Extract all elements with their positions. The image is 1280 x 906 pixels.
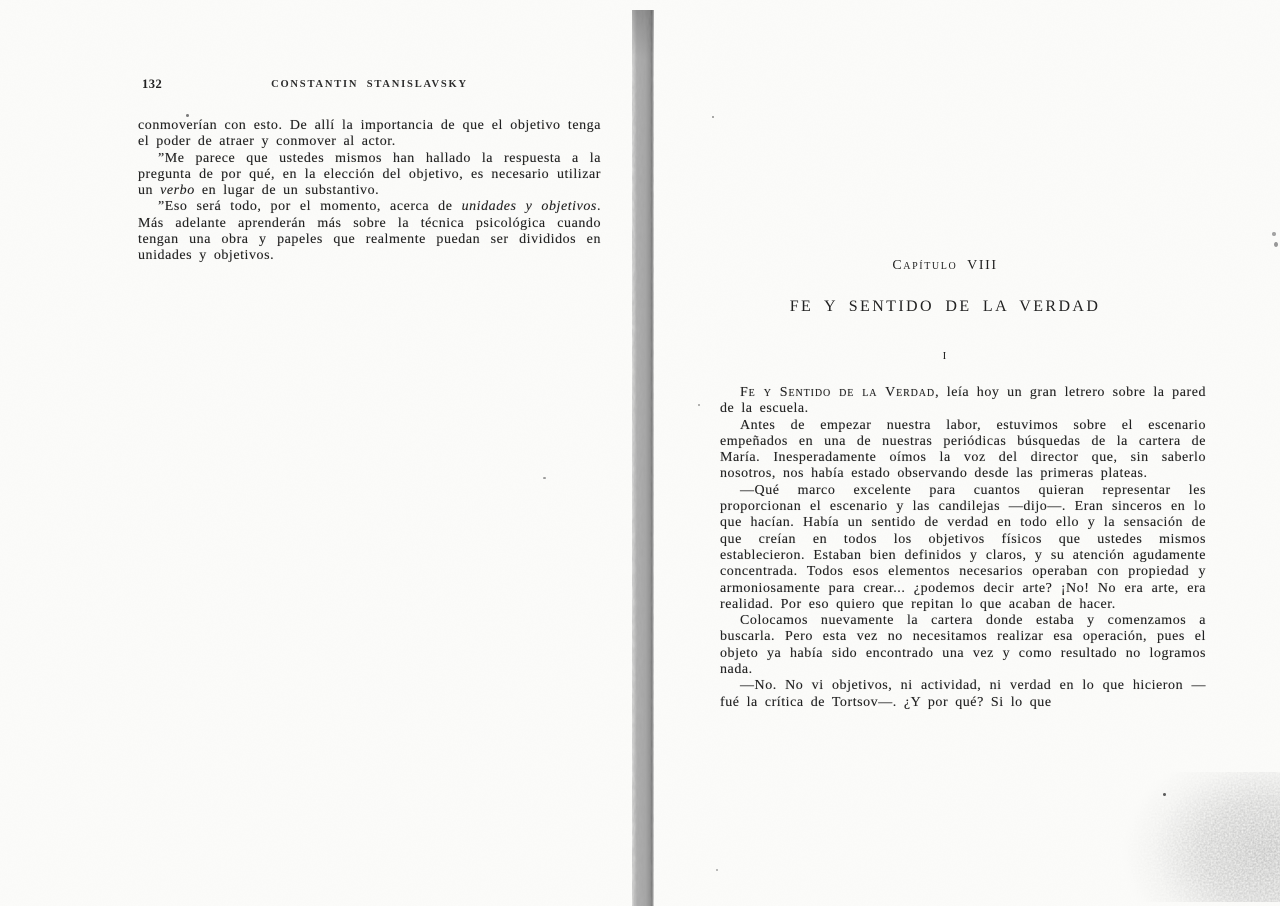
scan-speck	[1163, 793, 1166, 796]
paragraph: —Qué marco excelente para cuantos quiera…	[720, 483, 1206, 613]
body-text: en lugar de un substantivo.	[195, 183, 379, 198]
scan-speck	[1274, 242, 1278, 247]
book-scan: 132 CONSTANTIN STANISLAVSKY conmoverían …	[0, 0, 1280, 906]
paragraph: conmoverían con esto. De allí la importa…	[138, 118, 601, 151]
body-text: conmoverían con esto. De allí la importa…	[138, 118, 601, 149]
italic-text: verbo	[160, 183, 195, 198]
body-text: Colocamos nuevamente la cartera donde es…	[720, 613, 1206, 677]
body-text: ”Eso será todo, por el momento, acerca d…	[158, 199, 462, 214]
left-page-header: 132 CONSTANTIN STANISLAVSKY	[138, 76, 601, 92]
italic-text: unidades y objetivos	[462, 199, 597, 214]
paragraph: ”Me parece que ustedes mismos han hallad…	[138, 151, 601, 200]
left-page-body: conmoverían con esto. De allí la importa…	[138, 118, 601, 265]
section-numeral: I	[702, 351, 1188, 362]
scan-noise-corner	[1110, 772, 1280, 902]
right-page: Capítulo VIII FE Y SENTIDO DE LA VERDAD …	[720, 258, 1206, 711]
paragraph: Fe y Sentido de la Verdad, leía hoy un g…	[720, 385, 1206, 418]
scan-speck	[543, 477, 546, 479]
scan-speck	[1272, 232, 1276, 236]
paragraph: —No. No vi objetivos, ni actividad, ni v…	[720, 678, 1206, 711]
paragraph: ”Eso será todo, por el momento, acerca d…	[138, 199, 601, 264]
left-page: 132 CONSTANTIN STANISLAVSKY conmoverían …	[138, 76, 601, 265]
scan-speck	[698, 404, 700, 406]
scan-speck	[712, 116, 714, 118]
running-header: CONSTANTIN STANISLAVSKY	[138, 79, 601, 90]
paragraph: Colocamos nuevamente la cartera donde es…	[720, 613, 1206, 678]
body-text: Antes de empezar nuestra labor, estuvimo…	[720, 418, 1206, 482]
gutter-shadow	[632, 10, 654, 906]
right-page-body: Fe y Sentido de la Verdad, leía hoy un g…	[720, 385, 1206, 711]
chapter-title: FE Y SENTIDO DE LA VERDAD	[702, 297, 1188, 316]
body-text: —No. No vi objetivos, ni actividad, ni v…	[720, 678, 1206, 709]
corner-noise-texture	[1110, 772, 1280, 902]
body-text: —Qué marco excelente para cuantos quiera…	[720, 483, 1206, 612]
gutter-noise-texture	[632, 10, 654, 906]
paragraph: Antes de empezar nuestra labor, estuvimo…	[720, 418, 1206, 483]
right-page-headings: Capítulo VIII FE Y SENTIDO DE LA VERDAD …	[702, 258, 1188, 362]
scan-speck	[716, 869, 718, 871]
chapter-label: Capítulo VIII	[702, 258, 1188, 273]
small-caps-text: Fe y Sentido de la Verdad	[740, 385, 935, 400]
